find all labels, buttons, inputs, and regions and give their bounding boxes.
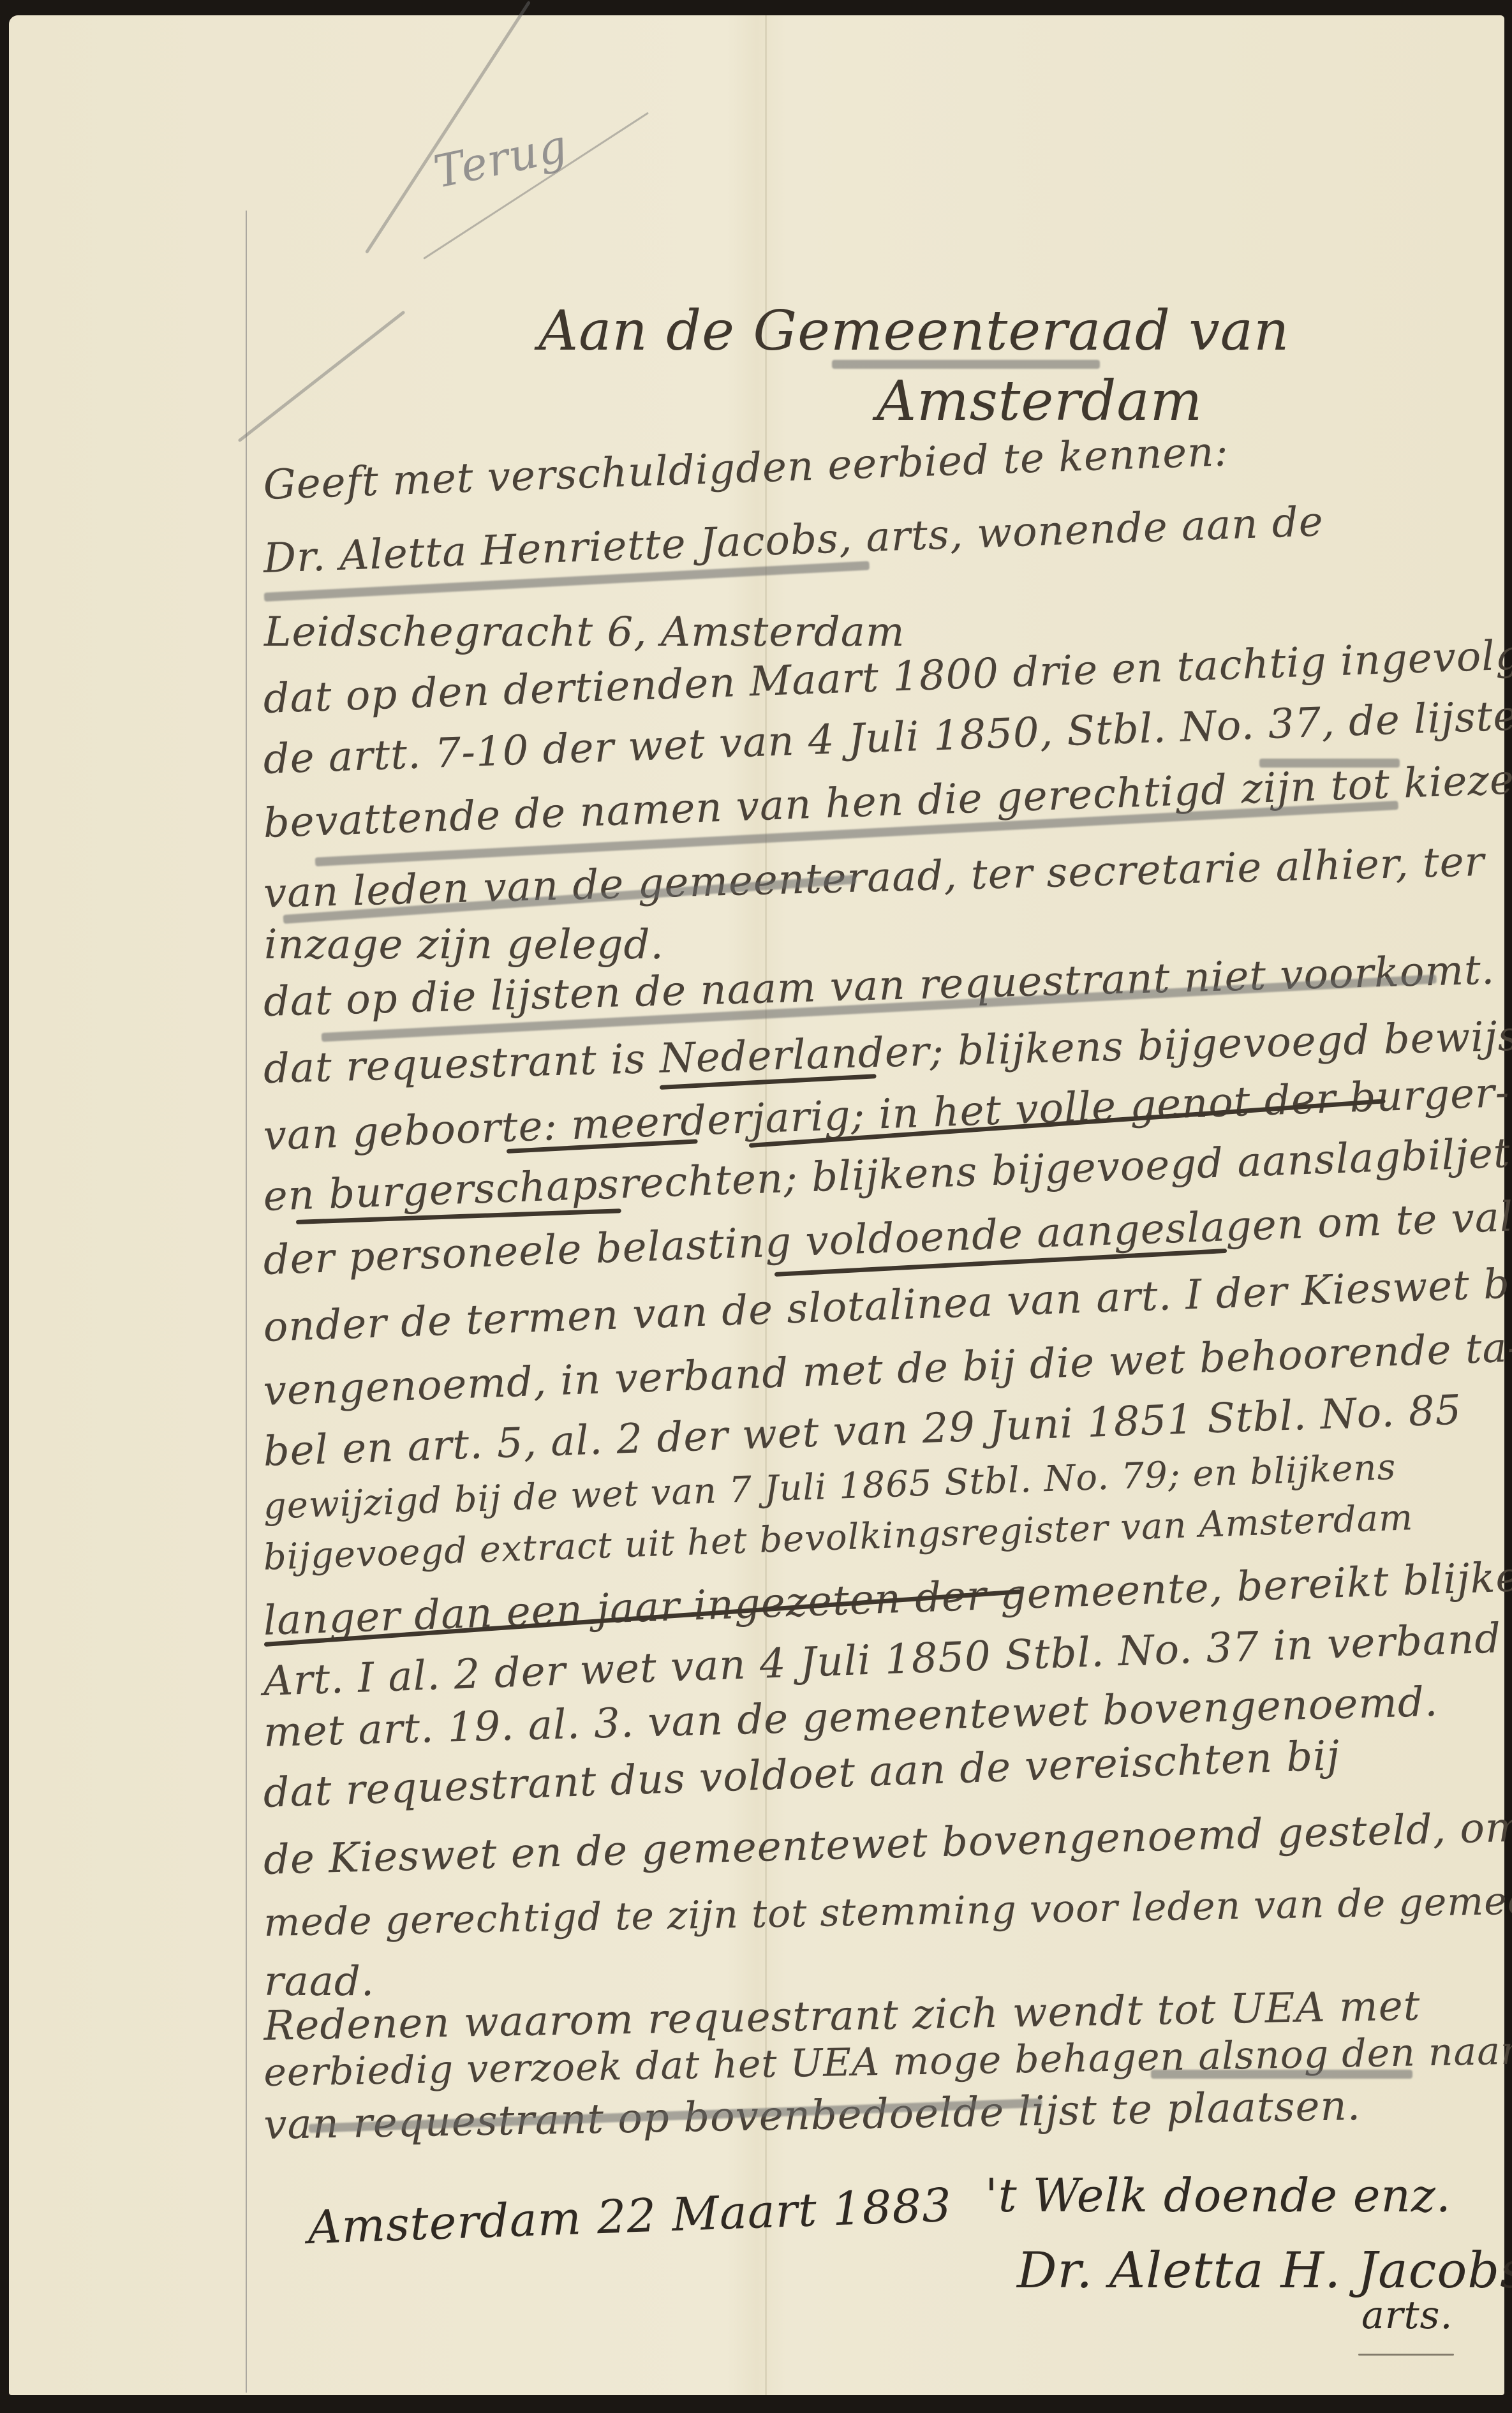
pencil-note: Terug (429, 119, 572, 198)
closing-formula: 't Welk doende enz. (985, 2169, 1451, 2222)
place-date: Amsterdam 22 Maart 1883 (307, 2178, 952, 2254)
body-line: de Kieswet en de gemeentewet bovengenoem… (263, 1804, 1512, 1884)
body-line: mede gerechtigd te zijn tot stemming voo… (263, 1878, 1512, 1945)
pencil-stroke (365, 1, 531, 254)
body-line: Leidschegracht 6, Amsterdam (264, 609, 905, 656)
alsnog-underline (1151, 2070, 1412, 2079)
heading-line-2: Amsterdam (877, 369, 1203, 433)
heading-line-1: Aan de Gemeenteraad van (538, 299, 1289, 363)
margin-line (246, 211, 247, 2393)
signature: Dr. Aletta H. Jacobs (1017, 2242, 1512, 2299)
signature-title: arts. (1361, 2293, 1453, 2338)
body-line: raad. (264, 1958, 374, 2005)
pencil-stroke (237, 310, 405, 442)
body-line: Geeft met verschuldigden eerbied te kenn… (262, 428, 1229, 509)
heading-underline (832, 360, 1100, 369)
signature-title-underline (1358, 2354, 1454, 2356)
body-line: inzage zijn gelegd. (264, 921, 664, 969)
manuscript-page: Terug Aan de Gemeenteraad van Amsterdam … (9, 15, 1504, 2395)
body-line: van requestrant op bovenbedoelde lijst t… (263, 2083, 1361, 2149)
